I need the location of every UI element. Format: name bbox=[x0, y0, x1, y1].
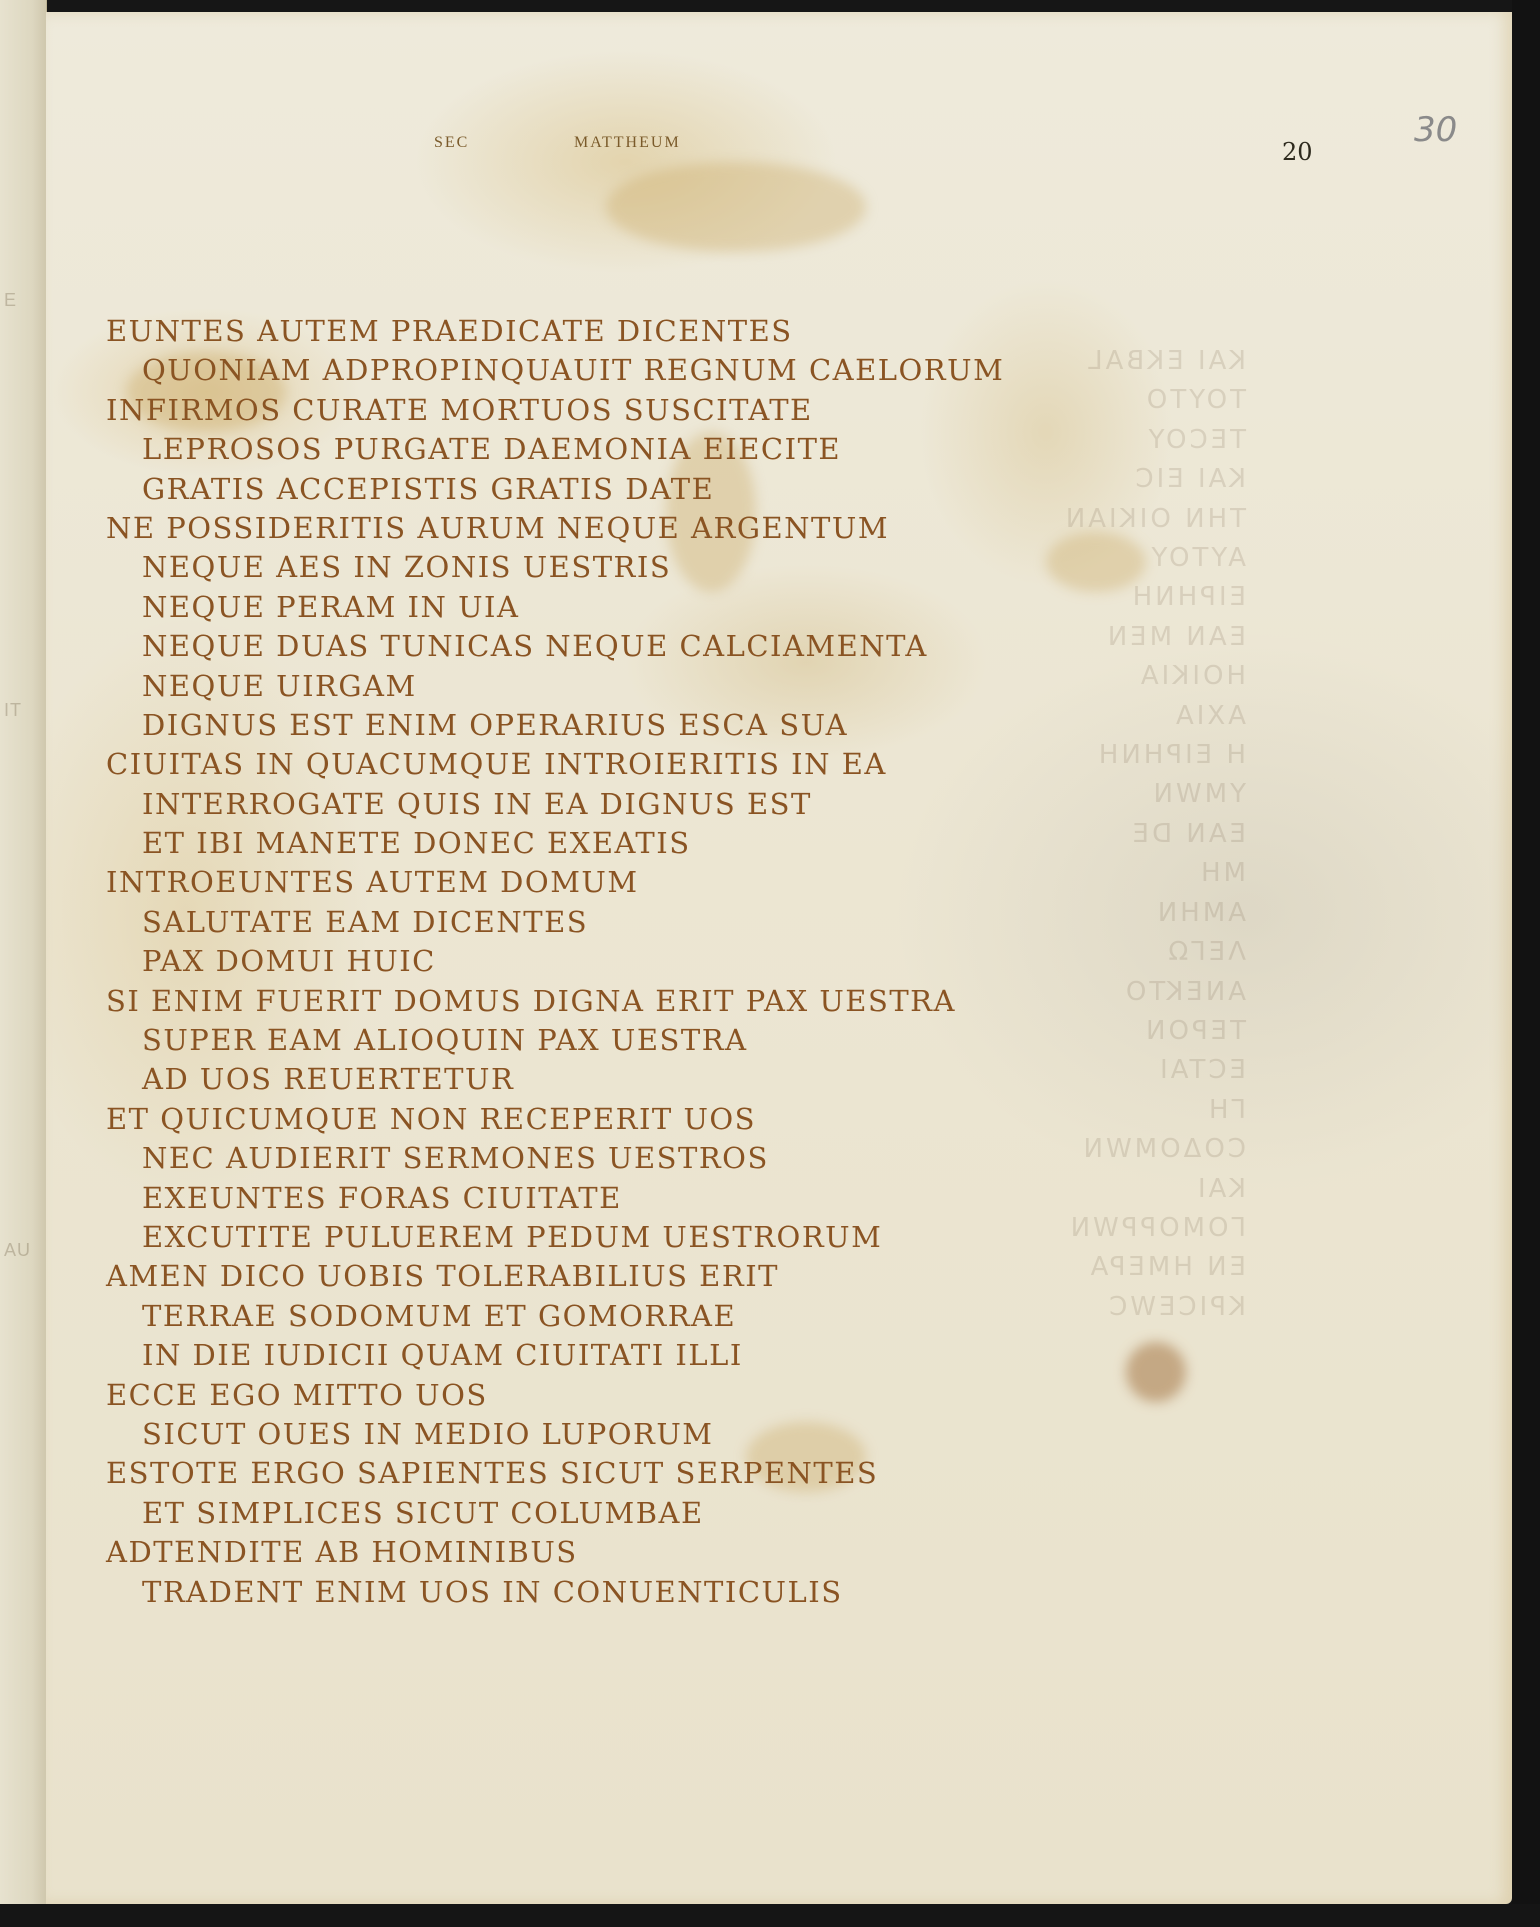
running-head-right: MATTHEUM bbox=[574, 134, 681, 152]
text-line: ECCE EGO MITTO UOS bbox=[106, 1376, 1206, 1415]
text-line: NEQUE DUAS TUNICAS NEQUE CALCIAMENTA bbox=[106, 627, 1206, 666]
text-line: NE POSSIDERITIS AURUM NEQUE ARGENTUM bbox=[106, 509, 1206, 548]
manuscript-folio: SEC MATTHEUM 20 30 KAI EKBAL TOYTO TECOY… bbox=[46, 12, 1512, 1904]
ghost-mark: IT bbox=[4, 700, 22, 721]
adjacent-leaf-edge: E IT AU bbox=[0, 0, 47, 1905]
text-line: NEQUE PERAM IN UIA bbox=[106, 588, 1206, 627]
text-line: TRADENT ENIM UOS IN CONUENTICULIS bbox=[106, 1573, 1206, 1612]
text-line: LEPROSOS PURGATE DAEMONIA EIECITE bbox=[106, 430, 1206, 469]
text-line: NEC AUDIERIT SERMONES UESTROS bbox=[106, 1139, 1206, 1178]
text-line: INFIRMOS CURATE MORTUOS SUSCITATE bbox=[106, 391, 1206, 430]
text-line: PAX DOMUI HUIC bbox=[106, 942, 1206, 981]
running-head-left: SEC bbox=[434, 134, 469, 152]
text-line: IN DIE IUDICII QUAM CIUITATI ILLI bbox=[106, 1336, 1206, 1375]
text-line: NEQUE UIRGAM bbox=[106, 667, 1206, 706]
text-line: ADTENDITE AB HOMINIBUS bbox=[106, 1533, 1206, 1572]
text-line: INTROEUNTES AUTEM DOMUM bbox=[106, 863, 1206, 902]
text-line: ET QUICUMQUE NON RECEPERIT UOS bbox=[106, 1100, 1206, 1139]
right-dark-edge bbox=[1512, 0, 1540, 1927]
bottom-dark-edge bbox=[0, 1904, 1540, 1927]
main-text-column: EUNTES AUTEM PRAEDICATE DICENTES QUONIAM… bbox=[106, 312, 1206, 1612]
folio-number-ink: 20 bbox=[1282, 138, 1313, 166]
top-dark-edge bbox=[46, 0, 1512, 12]
text-line: EXCUTITE PULUEREM PEDUM UESTRORUM bbox=[106, 1218, 1206, 1257]
ghost-mark: E bbox=[4, 290, 17, 311]
text-line: GRATIS ACCEPISTIS GRATIS DATE bbox=[106, 470, 1206, 509]
folio-number-pencil: 30 bbox=[1414, 110, 1457, 150]
text-line: EUNTES AUTEM PRAEDICATE DICENTES bbox=[106, 312, 1206, 351]
text-line: QUONIAM ADPROPINQUAUIT REGNUM CAELORUM bbox=[106, 351, 1206, 390]
text-line: DIGNUS EST ENIM OPERARIUS ESCA SUA bbox=[106, 706, 1206, 745]
text-line: NEQUE AES IN ZONIS UESTRIS bbox=[106, 548, 1206, 587]
text-line: ESTOTE ERGO SAPIENTES SICUT SERPENTES bbox=[106, 1454, 1206, 1493]
text-line: SICUT OUES IN MEDIO LUPORUM bbox=[106, 1415, 1206, 1454]
text-line: AMEN DICO UOBIS TOLERABILIUS ERIT bbox=[106, 1257, 1206, 1296]
text-line: TERRAE SODOMUM ET GOMORRAE bbox=[106, 1297, 1206, 1336]
ghost-mark: AU bbox=[4, 1240, 31, 1261]
text-line: SALUTATE EAM DICENTES bbox=[106, 903, 1206, 942]
text-line: SUPER EAM ALIOQUIN PAX UESTRA bbox=[106, 1021, 1206, 1060]
text-line: CIUITAS IN QUACUMQUE INTROIERITIS IN EA bbox=[106, 745, 1206, 784]
water-stain bbox=[606, 162, 866, 252]
text-line: ET SIMPLICES SICUT COLUMBAE bbox=[106, 1494, 1206, 1533]
text-line: SI ENIM FUERIT DOMUS DIGNA ERIT PAX UEST… bbox=[106, 982, 1206, 1021]
text-line: INTERROGATE QUIS IN EA DIGNUS EST bbox=[106, 785, 1206, 824]
text-line: AD UOS REUERTETUR bbox=[106, 1060, 1206, 1099]
text-line: ET IBI MANETE DONEC EXEATIS bbox=[106, 824, 1206, 863]
text-line: EXEUNTES FORAS CIUITATE bbox=[106, 1179, 1206, 1218]
